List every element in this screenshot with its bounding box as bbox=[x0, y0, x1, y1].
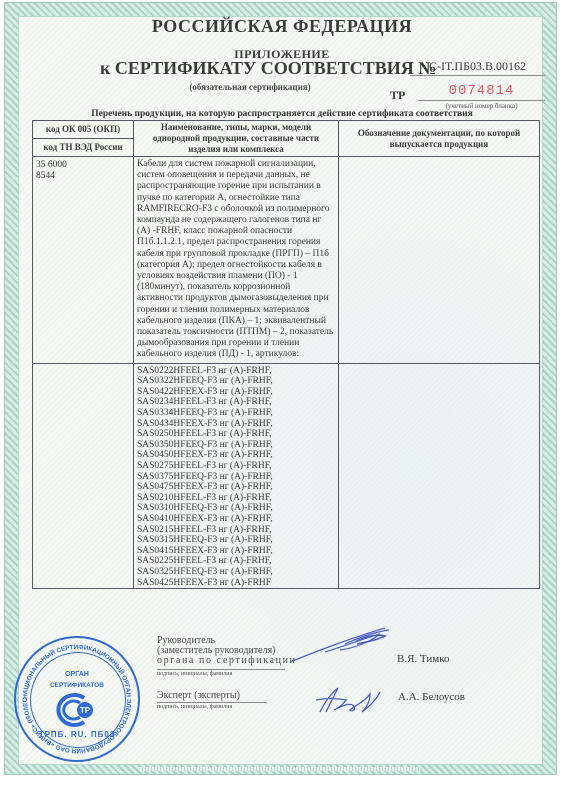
table-row: 35 6000 8544 Кабели для систем пожарной … bbox=[33, 157, 540, 364]
article-item: SAS0415HFEEX-F3 нг (А)-FRHF, bbox=[137, 546, 335, 557]
microtext-strip bbox=[140, 767, 420, 771]
certification-type: (обязательная сертификация) bbox=[140, 82, 360, 92]
certificate-title: к СЕРТИФИКАТУ СООТВЕТСТВИЯ № bbox=[100, 58, 436, 79]
product-description: Кабели для систем пожарной сигнализации,… bbox=[134, 157, 339, 364]
svg-text:ТР: ТР bbox=[80, 706, 91, 715]
certificate-number: С-IT.ПБ03.В.00162 bbox=[410, 59, 545, 76]
head-signature-icon bbox=[285, 622, 395, 667]
article-item: SAS0422HFEEX-F3 нг (А)-FRHF, bbox=[137, 387, 335, 398]
product-table: код ОК 005 (ОКП) Наименование, типы, мар… bbox=[32, 120, 540, 589]
article-item: SAS0225HFEEL-F3 нг (А)-FRHF, bbox=[137, 556, 335, 567]
certification-logo-icon: ТР bbox=[54, 692, 98, 728]
article-item: SAS0425HFEEX-F3 нг (А)-FRHF bbox=[137, 578, 335, 589]
stamp-org-label: ОРГАН bbox=[16, 671, 138, 678]
article-item: SAS0322HFEEQ-F3 нг (А)-FRHF, bbox=[137, 376, 335, 387]
header-documentation: Обозначение документации, по которой вып… bbox=[339, 121, 540, 157]
article-item: SAS0275HFEEL-F3 нг (А)-FRHF, bbox=[137, 461, 335, 472]
article-item: SAS0450HFEEX-F3 нг (А)-FRHF, bbox=[137, 450, 335, 461]
header-tnved-code: код ТН ВЭД России bbox=[33, 139, 134, 157]
article-item: SAS0222HFEEL-F3 нг (А)-FRHF, bbox=[137, 366, 335, 377]
tr-label: ТР bbox=[390, 88, 405, 103]
expert-signature-icon bbox=[312, 682, 387, 717]
article-item: SAS0334HFEEQ-F3 нг (А)-FRHF, bbox=[137, 408, 335, 419]
article-item: SAS0350HFEEQ-F3 нг (А)-FRHF, bbox=[137, 440, 335, 451]
country-title: РОССИЙСКАЯ ФЕДЕРАЦИЯ bbox=[0, 16, 564, 37]
header-product: Наименование, типы, марки, модели одноро… bbox=[134, 121, 339, 157]
article-item: SAS0325HFEEQ-F3 нг (А)-FRHF, bbox=[137, 567, 335, 578]
article-item: SAS0210HFEEL-F3 нг (А)-FRHF, bbox=[137, 493, 335, 504]
article-item: SAS0410HFEEX-F3 нг (А)-FRHF, bbox=[137, 514, 335, 525]
okp-code-value: 35 6000 bbox=[36, 160, 130, 171]
article-list: SAS0222HFEEL-F3 нг (А)-FRHF,SAS0322HFEEQ… bbox=[134, 363, 339, 588]
article-item: SAS0215HFEEL-F3 нг (А)-FRHF, bbox=[137, 525, 335, 536]
head-role: Руководитель (заместитель руководителя) … bbox=[157, 636, 297, 666]
empty-code-cell bbox=[33, 363, 134, 588]
article-item: SAS0315HFEEQ-F3 нг (А)-FRHF, bbox=[137, 535, 335, 546]
tnved-code-value: 8544 bbox=[36, 171, 130, 182]
table-header-row: код ОК 005 (ОКП) Наименование, типы, мар… bbox=[33, 121, 540, 139]
stamp-registration: ТРПБ. RU. ПБ03 bbox=[16, 730, 138, 739]
article-item: SAS0250HFEEL-F3 нг (А)-FRHF, bbox=[137, 429, 335, 440]
documentation-cell bbox=[339, 157, 540, 364]
expert-name: А.А. Белоусов bbox=[398, 691, 465, 703]
product-list-title: Перечень продукции, на которую распростр… bbox=[0, 109, 564, 119]
article-item: SAS0475HFEEX-F3 нг (А)-FRHF, bbox=[137, 482, 335, 493]
stamp-center-label: СЕРТИФИКАТОВ bbox=[16, 682, 138, 689]
expert-signature-caption: подпись, инициалы, фамилия bbox=[157, 702, 267, 710]
article-item: SAS0434HFEEX-F3 нг (А)-FRHF, bbox=[137, 419, 335, 430]
expert-role: Эксперт (эксперты) bbox=[157, 690, 240, 701]
empty-documentation-cell bbox=[339, 363, 540, 588]
article-item: SAS0234HFEEL-F3 нг (А)-FRHF, bbox=[137, 397, 335, 408]
head-name: В.Я. Тимко bbox=[397, 653, 450, 665]
blank-number: 0074814 bbox=[418, 83, 545, 101]
article-item: SAS0375HFEEQ-F3 нг (А)-FRHF, bbox=[137, 472, 335, 483]
product-codes-cell: 35 6000 8544 bbox=[33, 157, 134, 364]
head-signature-caption: подпись, инициалы, фамилия bbox=[157, 669, 285, 677]
table-row: SAS0222HFEEL-F3 нг (А)-FRHF,SAS0322HFEEQ… bbox=[33, 363, 540, 588]
article-item: SAS0310HFEEQ-F3 нг (А)-FRHF, bbox=[137, 503, 335, 514]
header-okp-code: код ОК 005 (ОКП) bbox=[33, 121, 134, 139]
certification-stamp: НАЦИОНАЛЬНЫЙ СЕРТИФИКАЦИОННЫЙ ОРГАН ЭЛЕК… bbox=[14, 636, 140, 762]
head-role-line: органа по сертификации bbox=[157, 656, 297, 666]
